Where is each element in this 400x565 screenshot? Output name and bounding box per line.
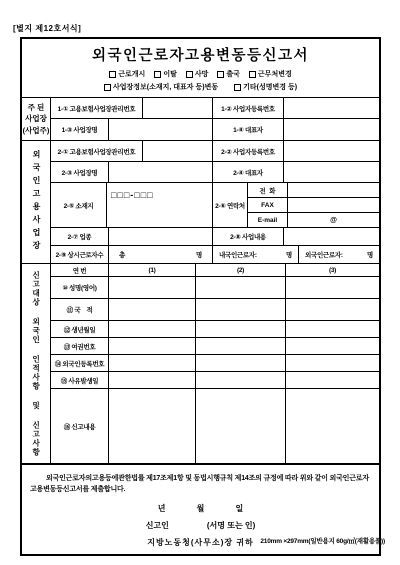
table-row: 2-① 고용보험사업장관리번호 2-② 사업자등록번호	[51, 141, 379, 162]
person-3-report-detail[interactable]	[286, 389, 379, 463]
person-2-nationality[interactable]	[196, 299, 286, 320]
field-label-report-detail: ⑯ 신고내용	[51, 389, 109, 463]
table-row-birthdate: ⑫ 생년월일	[51, 321, 379, 338]
table-row: 2-③ 사업장명 2-④ 대표자	[51, 162, 379, 183]
contact-row-phone: 전 화	[248, 183, 379, 198]
field-label-business-detail: 2-⑧ 사업내용	[213, 228, 284, 245]
checkbox-icon	[104, 84, 111, 91]
contact-value-phone[interactable]	[288, 183, 379, 197]
foreign-prefix: 외국인근로자:	[305, 250, 343, 259]
checkbox-label: 사업장정보(소재지, 대표자 등)변동	[113, 82, 218, 92]
field-value-workplace-name-1[interactable]	[109, 119, 213, 140]
field-value-ins-mgmt-no-2[interactable]	[143, 141, 213, 161]
group-label-line: (사업주)	[23, 125, 50, 136]
checkbox-icon	[217, 71, 224, 78]
field-label-alien-reg-no: ⑭ 외국인등록번호	[51, 355, 109, 371]
field-label-ins-mgmt-no-1: 1-① 고용보험사업장관리번호	[51, 98, 143, 118]
group-label-line: 사업장	[23, 113, 50, 124]
field-label-address: 2-⑤ 소재지	[51, 183, 107, 227]
checkbox-line-2: 사업장정보(소재지, 대표자 등)변동 기타(성명변경 등)	[24, 82, 377, 92]
field-label-event-date: ⑮ 사유발생일	[51, 372, 109, 388]
field-label-biz-reg-no-1: 1-② 사업자등록번호	[213, 98, 284, 118]
field-value-business-detail[interactable]	[284, 228, 379, 245]
field-value-ins-mgmt-no-1[interactable]	[143, 98, 213, 118]
field-label-regular-workers: 2-⑨ 상시근로자수	[51, 246, 109, 263]
table-row-passport: ⑬ 여권번호	[51, 338, 379, 355]
person-3-alien-reg-no[interactable]	[286, 355, 379, 371]
person-2-alien-reg-no[interactable]	[196, 355, 286, 371]
contact-row-fax: FAX	[248, 198, 379, 213]
field-label-nationality: ⑪ 국 적	[51, 299, 109, 320]
person-3-passport[interactable]	[286, 338, 379, 354]
contact-value-email[interactable]: @	[288, 213, 379, 227]
table-row-nationality: ⑪ 국 적	[51, 299, 379, 321]
field-value-representative-2[interactable]	[284, 162, 379, 182]
checkbox-label: 이탈	[163, 69, 177, 79]
signer-label: 신고인	[146, 520, 169, 531]
column-header-1: (1)	[109, 264, 196, 276]
person-2-name[interactable]	[196, 277, 286, 298]
field-label-biz-reg-no-2: 2-② 사업자등록번호	[213, 141, 284, 161]
domestic-unit: 명	[286, 250, 292, 259]
table-row-event-date: ⑮ 사유발생일	[51, 372, 379, 389]
total-prefix: 총	[119, 250, 125, 259]
table-row-name: ⑩ 성명(영어)	[51, 277, 379, 299]
section-foreign-workplace-label: 외국인고용사업장	[22, 141, 51, 263]
group-label-vertical: 신고대상 외국인 인적사항 및 신고사항	[30, 271, 41, 457]
field-label-representative-2: 2-④ 대표자	[213, 162, 284, 182]
field-value-workplace-name-2[interactable]	[109, 162, 213, 182]
person-3-nationality[interactable]	[286, 299, 379, 320]
person-2-report-detail[interactable]	[196, 389, 286, 463]
field-value-industry[interactable]	[109, 228, 213, 245]
field-value-representative-1[interactable]	[284, 119, 379, 140]
checkbox-line-1: 근로개시 이탈 사망 출국 근무처변경	[24, 69, 377, 79]
person-1-name[interactable]	[109, 277, 196, 298]
checkbox-label: 사망	[195, 69, 209, 79]
person-1-passport[interactable]	[109, 338, 196, 354]
section-main-workplace-label: 주 된 사업장 (사업주)	[22, 98, 51, 140]
field-label-ins-mgmt-no-2: 2-① 고용보험사업장관리번호	[51, 141, 143, 161]
person-1-nationality[interactable]	[109, 299, 196, 320]
field-label-workplace-name-1: 1-③ 사업장명	[51, 119, 109, 140]
field-value-address[interactable]: □□□-□□□	[107, 183, 213, 227]
field-label-contact: 2-⑥ 연락처	[213, 183, 248, 227]
checkbox-icon	[249, 71, 256, 78]
table-header-row: 연 번 (1) (2) (3)	[51, 264, 379, 277]
group-label-line: 주 된	[23, 102, 50, 113]
field-label-industry: 2-⑦ 업종	[51, 228, 109, 245]
field-value-total-workers[interactable]: 총 명	[109, 246, 213, 263]
total-unit: 명	[196, 250, 202, 259]
person-3-event-date[interactable]	[286, 372, 379, 388]
section-persons-label: 신고대상 외국인 인적사항 및 신고사항	[22, 264, 51, 463]
checkbox-icon	[154, 71, 161, 78]
contact-key-fax: FAX	[248, 198, 288, 212]
field-label-birthdate: ⑫ 생년월일	[51, 321, 109, 337]
person-1-report-detail[interactable]	[109, 389, 196, 463]
form-container: 외국인근로자고용변동등신고서 근로개시 이탈 사망 출국 근무처변경 사업장정보…	[20, 37, 381, 556]
contact-row-email: E-mail @	[248, 213, 379, 227]
contact-key-email: E-mail	[248, 213, 288, 227]
checkbox-other[interactable]: 기타(성명변경 등)	[234, 82, 297, 92]
field-label-workplace-name-2: 2-③ 사업장명	[51, 162, 109, 182]
table-row-alien-reg-no: ⑭ 외국인등록번호	[51, 355, 379, 372]
checkbox-icon	[186, 71, 193, 78]
field-label-representative-1: 1-④ 대표자	[213, 119, 284, 140]
checkbox-work-start[interactable]: 근로개시	[109, 69, 145, 79]
column-header-2: (2)	[196, 264, 286, 276]
date-line[interactable]: 년 월 일	[30, 503, 371, 514]
person-1-birthdate[interactable]	[109, 321, 196, 337]
form-title: 외국인근로자고용변동등신고서	[24, 44, 377, 65]
checkbox-leave-country[interactable]: 출국	[217, 69, 240, 79]
declaration-text: 외국인근로자의고용등에관한법률 제17조제1항 및 동법시행규칙 제14조의 규…	[30, 473, 371, 495]
checkbox-label: 근무처변경	[258, 69, 292, 79]
section-persons: 신고대상 외국인 인적사항 및 신고사항 연 번 (1) (2) (3) ⑩ 성…	[22, 264, 379, 463]
signature-line: 신고인 (서명 또는 인)	[30, 520, 371, 531]
checkbox-departure-from-work[interactable]: 이탈	[154, 69, 177, 79]
column-header-3: (3)	[286, 264, 379, 276]
person-3-birthdate[interactable]	[286, 321, 379, 337]
person-1-alien-reg-no[interactable]	[109, 355, 196, 371]
checkbox-death[interactable]: 사망	[186, 69, 209, 79]
checkbox-label: 기타(성명변경 등)	[243, 82, 297, 92]
contact-subtable: 전 화 FAX E-mail @	[248, 183, 379, 227]
checkbox-icon	[109, 71, 116, 78]
field-value-domestic-workers[interactable]: 내국인근로자: 명	[213, 246, 299, 263]
person-1-event-date[interactable]	[109, 372, 196, 388]
checkbox-workplace-info-change[interactable]: 사업장정보(소재지, 대표자 등)변동	[104, 82, 218, 92]
table-row: 1-③ 사업장명 1-④ 대표자	[51, 119, 379, 140]
checkbox-label: 근로개시	[118, 69, 145, 79]
checkbox-icon	[234, 84, 241, 91]
contact-key-phone: 전 화	[248, 183, 288, 197]
section-main-workplace: 주 된 사업장 (사업주) 1-① 고용보험사업장관리번호 1-② 사업자등록번…	[22, 98, 379, 141]
domestic-prefix: 내국인근로자:	[219, 250, 257, 259]
foreign-unit: 명	[367, 250, 373, 259]
table-row: 1-① 고용보험사업장관리번호 1-② 사업자등록번호	[51, 98, 379, 119]
paper-spec-footer: 210mm ×297mm(일반용지 60g/㎡(재활용품))	[260, 536, 385, 545]
doc-reference: [별지 제12호서식]	[13, 23, 81, 34]
signature-note[interactable]: (서명 또는 인)	[207, 520, 255, 531]
field-value-biz-reg-no-1[interactable]	[284, 98, 379, 118]
table-row: 2-⑦ 업종 2-⑧ 사업내용	[51, 228, 379, 246]
field-value-biz-reg-no-2[interactable]	[284, 141, 379, 161]
person-3-name[interactable]	[286, 277, 379, 298]
contact-value-fax[interactable]	[288, 198, 379, 212]
section-foreign-workplace: 외국인고용사업장 2-① 고용보험사업장관리번호 2-② 사업자등록번호 2-③…	[22, 141, 379, 264]
field-label-passport-no: ⑬ 여권번호	[51, 338, 109, 354]
checkbox-workplace-change[interactable]: 근무처변경	[249, 69, 292, 79]
group-label-vertical: 외국인고용사업장	[30, 150, 42, 254]
field-label-name-english: ⑩ 성명(영어)	[51, 277, 109, 298]
serial-header: 연 번	[51, 264, 109, 276]
person-2-event-date[interactable]	[196, 372, 286, 388]
field-value-foreign-workers[interactable]: 외국인근로자: 명	[299, 246, 379, 263]
table-row-report-detail: ⑯ 신고내용	[51, 389, 379, 463]
table-row-workers: 2-⑨ 상시근로자수 총 명 내국인근로자: 명 외국인근로자: 명	[51, 246, 379, 263]
title-area: 외국인근로자고용변동등신고서 근로개시 이탈 사망 출국 근무처변경 사업장정보…	[22, 39, 379, 98]
person-2-birthdate[interactable]	[196, 321, 286, 337]
table-row-address: 2-⑤ 소재지 □□□-□□□ 2-⑥ 연락처 전 화 FAX E-mail @	[51, 183, 379, 228]
checkbox-label: 출국	[226, 69, 240, 79]
person-2-passport[interactable]	[196, 338, 286, 354]
